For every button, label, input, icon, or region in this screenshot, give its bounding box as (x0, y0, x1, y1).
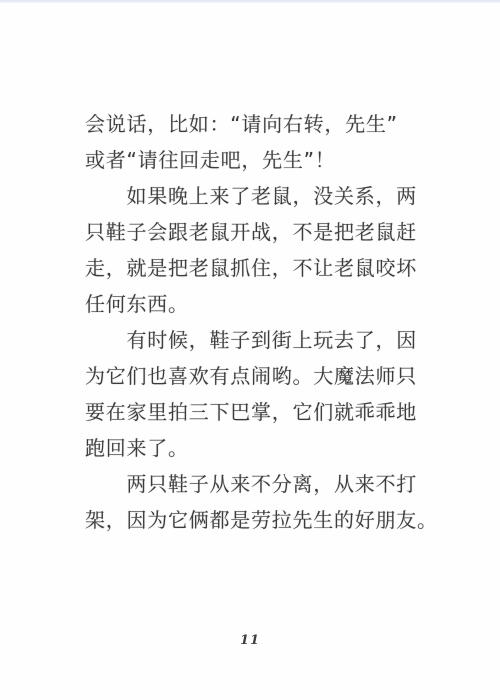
paragraph-1: 会说话，比如：“请向右转，先生” 或者“请往回走吧，先生”！ (85, 106, 425, 178)
text-line: 走，就是把老鼠抓住，不让老鼠咬坏 (85, 250, 425, 286)
paragraph-4: 两只鞋子从来不分离，从来不打 架，因为它俩都是劳拉先生的好朋友。 (85, 466, 425, 538)
text-line: 架，因为它俩都是劳拉先生的好朋友。 (85, 502, 425, 538)
text-line: 任何东西。 (85, 286, 425, 322)
text-line: 有时候，鞋子到街上玩去了，因 (85, 322, 425, 358)
text-line: 只鞋子会跟老鼠开战，不是把老鼠赶 (85, 214, 425, 250)
page-number: 11 (0, 633, 500, 648)
paragraph-3: 有时候，鞋子到街上玩去了，因 为它们也喜欢有点闹哟。大魔法师只 要在家里拍三下巴… (85, 322, 425, 466)
text-line: 跑回来了。 (85, 430, 425, 466)
text-line: 要在家里拍三下巴掌，它们就乖乖地 (85, 394, 425, 430)
story-text-block: 会说话，比如：“请向右转，先生” 或者“请往回走吧，先生”！ 如果晚上来了老鼠，… (85, 106, 425, 538)
text-line: 如果晚上来了老鼠，没关系，两 (85, 178, 425, 214)
scan-edge-top (0, 0, 500, 3)
text-line: 或者“请往回走吧，先生”！ (85, 142, 425, 178)
text-line: 为它们也喜欢有点闹哟。大魔法师只 (85, 358, 425, 394)
book-page: 会说话，比如：“请向右转，先生” 或者“请往回走吧，先生”！ 如果晚上来了老鼠，… (0, 0, 500, 700)
paragraph-2: 如果晚上来了老鼠，没关系，两 只鞋子会跟老鼠开战，不是把老鼠赶 走，就是把老鼠抓… (85, 178, 425, 322)
text-line: 两只鞋子从来不分离，从来不打 (85, 466, 425, 502)
text-line: 会说话，比如：“请向右转，先生” (85, 106, 425, 142)
